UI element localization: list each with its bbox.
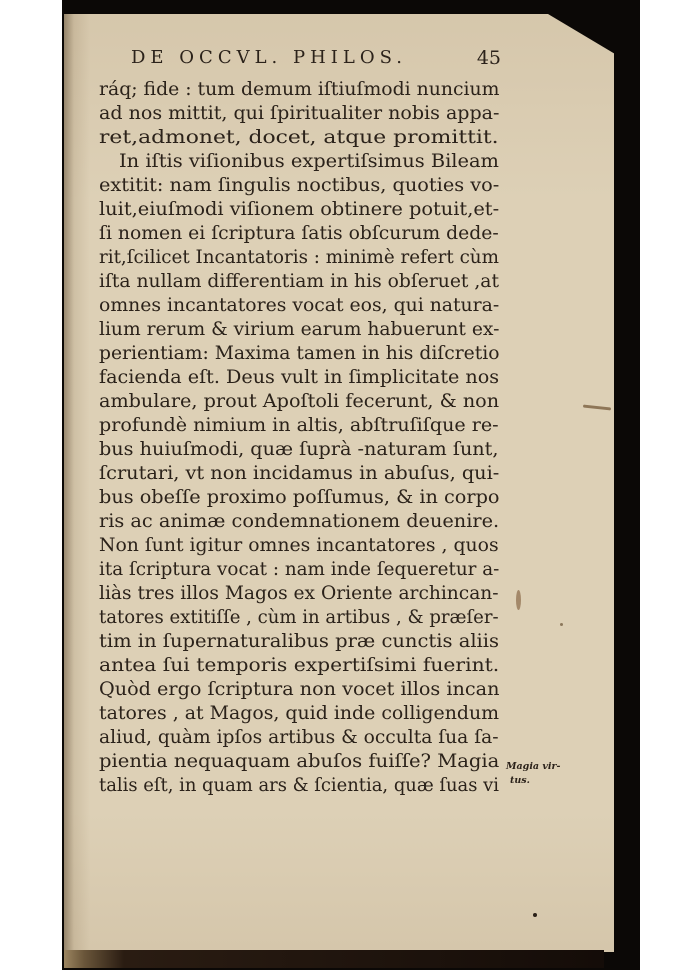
text-line: ret,admonet, docet, atque promittit. [99,126,499,150]
text-line: perientiam: Maxima tamen in his diſcreti… [99,342,499,366]
text-line: liàs tres illos Magos ex Oriente archinc… [99,582,499,606]
text-line: ráq; fide : tum demum iſtiuſmodi nuncium [99,78,499,102]
text-line: iſta nullam differentiam in his obſeruet… [99,270,499,294]
marginal-note-line-1: Magia vir- [506,761,560,772]
text-line: ris ac animæ condemnationem deuenire. [99,510,499,534]
text-line: lium rerum & virium earum habuerunt ex- [99,318,499,342]
text-line: ſcrutari, vt non incidamus in abuſus, qu… [99,462,499,486]
text-line: talis eſt, in quam ars & ſcientia, quæ ſ… [99,774,499,798]
ink-speck [516,590,521,610]
text-line: extitit: nam ſingulis noctibus, quoties … [99,174,499,198]
ink-speck [533,913,537,917]
text-line: bus huiuſmodi, quæ ſuprà -naturam ſunt, [99,438,498,462]
running-head-title: DE OCCVL. PHILOS. [131,47,407,68]
text-line: In iſtis viſionibus expertiſsimus Bileam [119,150,499,174]
text-line: luit,eiuſmodi viſionem obtinere potuit,e… [99,198,499,222]
text-line: Quòd ergo ſcriptura non vocet illos inca… [99,678,499,702]
text-line: rit,ſcilicet Incantatoris : minimè refer… [99,246,499,270]
text-line: ad nos mittit, qui ſpiritualiter nobis a… [99,102,499,126]
text-line: ita ſcriptura vocat : nam inde ſequeretu… [99,558,499,582]
page-number: 45 [477,47,501,69]
marginal-note-line-2: tus. [510,775,530,786]
text-line: tim in ſupernaturalibus præ cunctis alii… [99,630,499,654]
text-line: omnes incantatores vocat eos, qui natura… [99,294,499,318]
text-line: antea ſui temporis expertiſsimi fuerint. [99,654,499,678]
text-line: aliud, quàm ipſos artibus & occulta ſua … [99,726,499,750]
text-line: ambulare, prout Apoſtoli fecerunt, & non [99,390,499,414]
page-bottom-edge [64,950,604,968]
running-head: DE OCCVL. PHILOS. 45 [131,47,501,73]
text-line: profundè nimium in altis, abſtruſiſque r… [99,414,499,438]
ink-speck [560,623,563,626]
text-line: Non ſunt igitur omnes incantatores , quo… [99,534,499,558]
text-line: facienda eſt. Deus vult in ſimplicitate … [99,366,499,390]
text-line: bus obeſſe proximo poſſumus, & in corpo [99,486,499,510]
text-line: pientia nequaquam abuſos fuiſſe? Magia [99,750,499,774]
text-line: tatores , at Magos, quid inde colligendu… [99,702,499,726]
text-line: ſi nomen ei ſcriptura ſatis obſcurum ded… [99,222,499,246]
text-line: tatores extitiſſe , cùm in artibus , & p… [99,606,499,630]
